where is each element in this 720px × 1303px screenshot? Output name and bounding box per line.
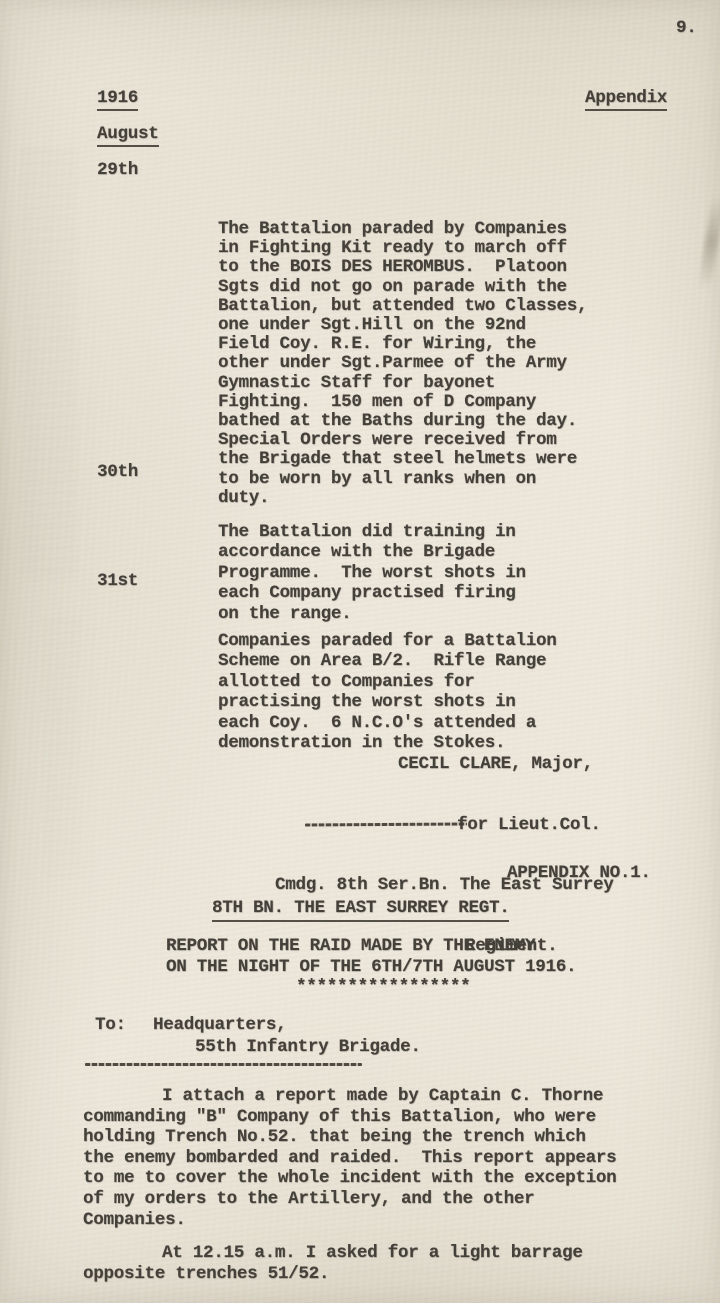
- to-label: To:: [95, 1015, 126, 1035]
- entry-date: 31st: [97, 571, 138, 591]
- text-line: The Battalion paraded by Companies: [218, 220, 587, 239]
- text-line: of my orders to the Artillery, and the o…: [83, 1189, 616, 1210]
- entry-date: 30th: [97, 462, 138, 482]
- text-line: to me to cover the whole incident with t…: [83, 1168, 616, 1189]
- signature-name: CECIL CLARE, Major,: [275, 754, 614, 775]
- text-line: commanding "B" Company of this Battalion…: [83, 1107, 616, 1128]
- asterisk-divider: *****************: [296, 977, 470, 997]
- text-line: At 12.15 a.m. I asked for a light barrag…: [83, 1243, 583, 1264]
- text-line: The Battalion did training in: [218, 522, 526, 542]
- letter-paragraph-1: I attach a report made by Captain C. Tho…: [83, 1086, 616, 1230]
- text-line: in Fighting Kit ready to march off: [218, 239, 587, 258]
- text-line: Special Orders were received from: [218, 431, 587, 450]
- text-line: Scheme on Area B/2. Rifle Range: [218, 651, 557, 671]
- text-line: practising the worst shots in: [218, 692, 557, 712]
- ink-bleed-through: [20, 150, 78, 580]
- text-line: to the BOIS DES HEROMBUS. Platoon: [218, 258, 587, 277]
- page-edge-mark: [699, 196, 720, 289]
- text-line: Field Coy. R.E. for Wiring, the: [218, 335, 587, 354]
- report-subject: REPORT ON THE RAID MADE BY THE ENEMYON T…: [166, 936, 576, 978]
- text-line: the enemy bombarded and raided. This rep…: [83, 1148, 616, 1169]
- text-line: accordance with the Brigade: [218, 542, 526, 562]
- text-line: other under Sgt.Parmee of the Army: [218, 354, 587, 373]
- recipient-line: Headquarters,: [153, 1015, 286, 1035]
- appendix-column-heading: Appendix: [585, 88, 667, 111]
- text-line: one under Sgt.Hill on the 92nd: [218, 316, 587, 335]
- diary-month-heading: August: [97, 124, 159, 147]
- text-line: ON THE NIGHT OF THE 6TH/7TH AUGUST 1916.: [166, 957, 576, 978]
- text-line: Companies paraded for a Battalion: [218, 631, 557, 651]
- text-line: opposite trenches 51/52.: [83, 1264, 583, 1285]
- text-line: allotted to Companies for: [218, 672, 557, 692]
- regiment-title: 8TH BN. THE EAST SURREY REGT.: [212, 898, 509, 922]
- text-line: Battalion, but attended two Classes,: [218, 297, 587, 316]
- typed-divider-rule: [85, 1063, 362, 1066]
- text-line: Gymnastic Staff for bayonet: [218, 374, 587, 393]
- ink-bleed-through: [42, 620, 82, 880]
- text-line: I attach a report made by Captain C. Tho…: [83, 1086, 616, 1107]
- text-line: Companies.: [83, 1210, 616, 1231]
- text-line: holding Trench No.52. that being the tre…: [83, 1127, 616, 1148]
- text-line: bathed at the Baths during the day.: [218, 412, 587, 431]
- scanned-war-diary-page: 9. 1916 Appendix August 29th The Battali…: [0, 0, 720, 1303]
- diary-year-heading: 1916: [97, 88, 138, 111]
- page-number: 9.: [676, 18, 697, 38]
- text-line: REPORT ON THE RAID MADE BY THE ENEMY: [166, 936, 576, 957]
- recipient-line: 55th Infantry Brigade.: [195, 1037, 421, 1057]
- entry-date: 29th: [97, 160, 138, 180]
- appendix-number-heading: APPENDIX NO.1.: [507, 863, 651, 883]
- letter-paragraph-2: At 12.15 a.m. I asked for a light barrag…: [83, 1243, 583, 1284]
- text-line: Sgts did not go on parade with the: [218, 278, 587, 297]
- text-line: Fighting. 150 men of D Company: [218, 393, 587, 412]
